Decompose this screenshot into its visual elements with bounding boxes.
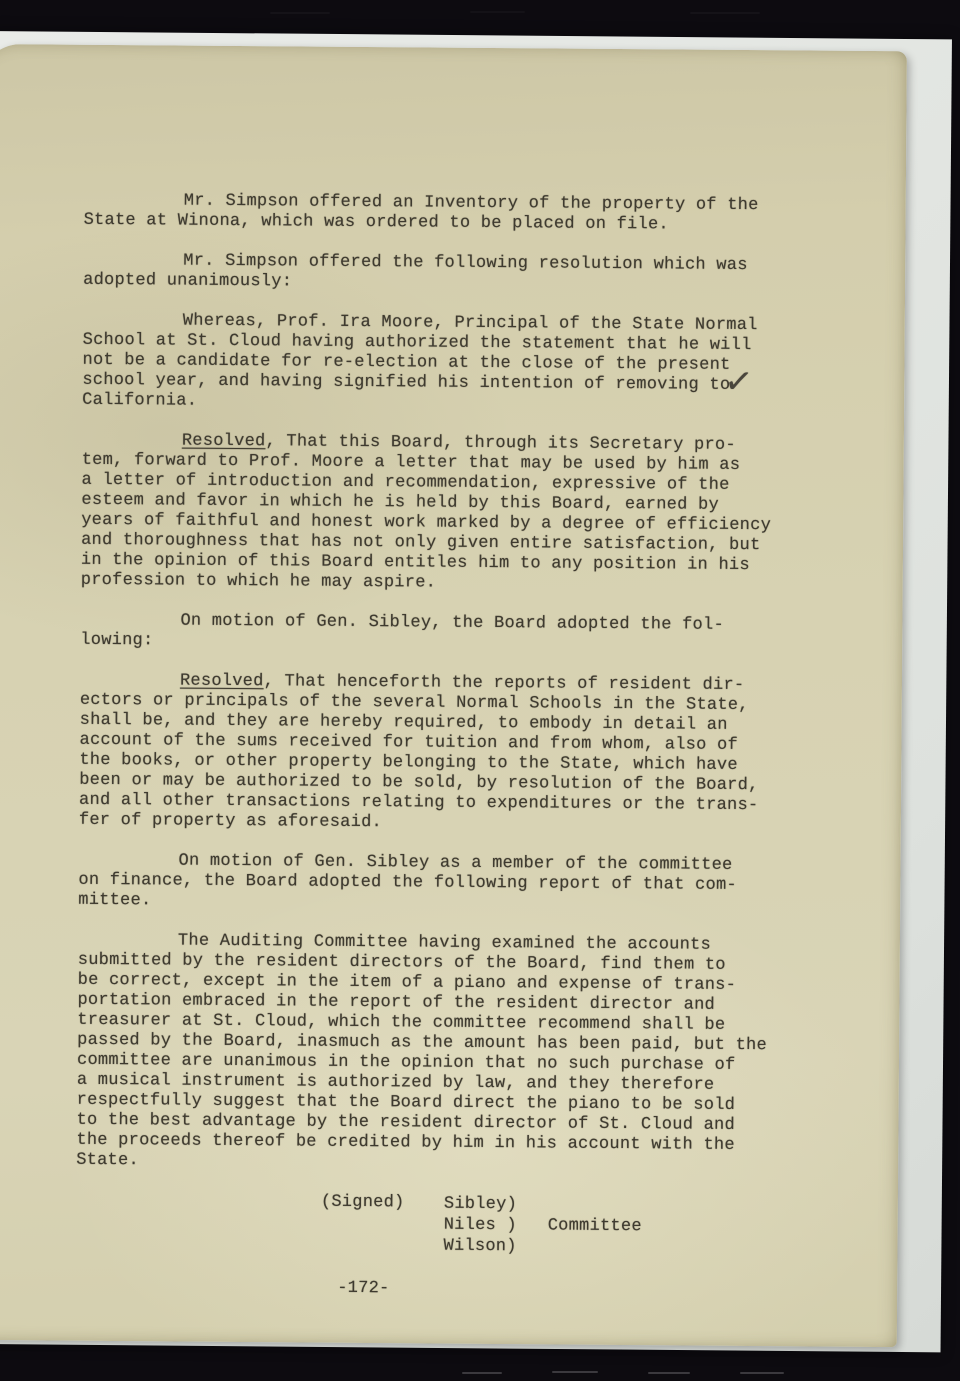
scanner-scratch [470,11,525,13]
paragraphs-container: Mr. Simpson offered an Inventory of the … [76,191,790,1177]
paragraph: The Auditing Committee having examined t… [76,931,784,1177]
paragraph: On motion of Gen. Sibley as a member of … [78,851,784,917]
scanner-scratch [690,12,760,14]
signature-block: (Signed) Sibley)Niles )Wilson) Committee [75,1191,781,1261]
check-mark-icon: ✓ [722,360,755,403]
underlined-word: Resolved [180,672,264,692]
paragraph: Mr. Simpson offered an Inventory of the … [84,191,790,237]
paragraph: Resolved, That henceforth the reports of… [79,671,786,837]
scanned-document-scene: Mr. Simpson offered an Inventory of the … [0,0,960,1381]
scanner-scratch [462,1372,502,1374]
document-page: Mr. Simpson offered an Inventory of the … [0,44,907,1347]
underlined-word: Resolved [182,432,266,452]
scanner-scratch [552,1371,598,1373]
paragraph: Whereas, Prof. Ira Moore, Principal of t… [82,311,789,417]
signature-names: Sibley)Niles )Wilson) [443,1194,517,1258]
signature-name: Niles ) [444,1215,517,1237]
paragraph: Resolved, That this Board, through its S… [81,431,788,597]
signed-label: (Signed) [321,1193,405,1214]
page-number: -172- [75,1277,781,1303]
paragraph: Mr. Simpson offered the following resolu… [83,251,789,297]
signature-name: Sibley) [444,1194,517,1216]
scanner-scratch [648,1372,690,1374]
signature-name: Wilson) [443,1236,516,1258]
scanner-scratch [270,12,330,14]
committee-label: Committee [548,1215,642,1237]
typed-text: Mr. Simpson offered an Inventory of the … [75,191,790,1303]
paragraph: On motion of Gen. Sibley, the Board adop… [80,611,786,657]
scanner-scratch [740,1372,784,1374]
